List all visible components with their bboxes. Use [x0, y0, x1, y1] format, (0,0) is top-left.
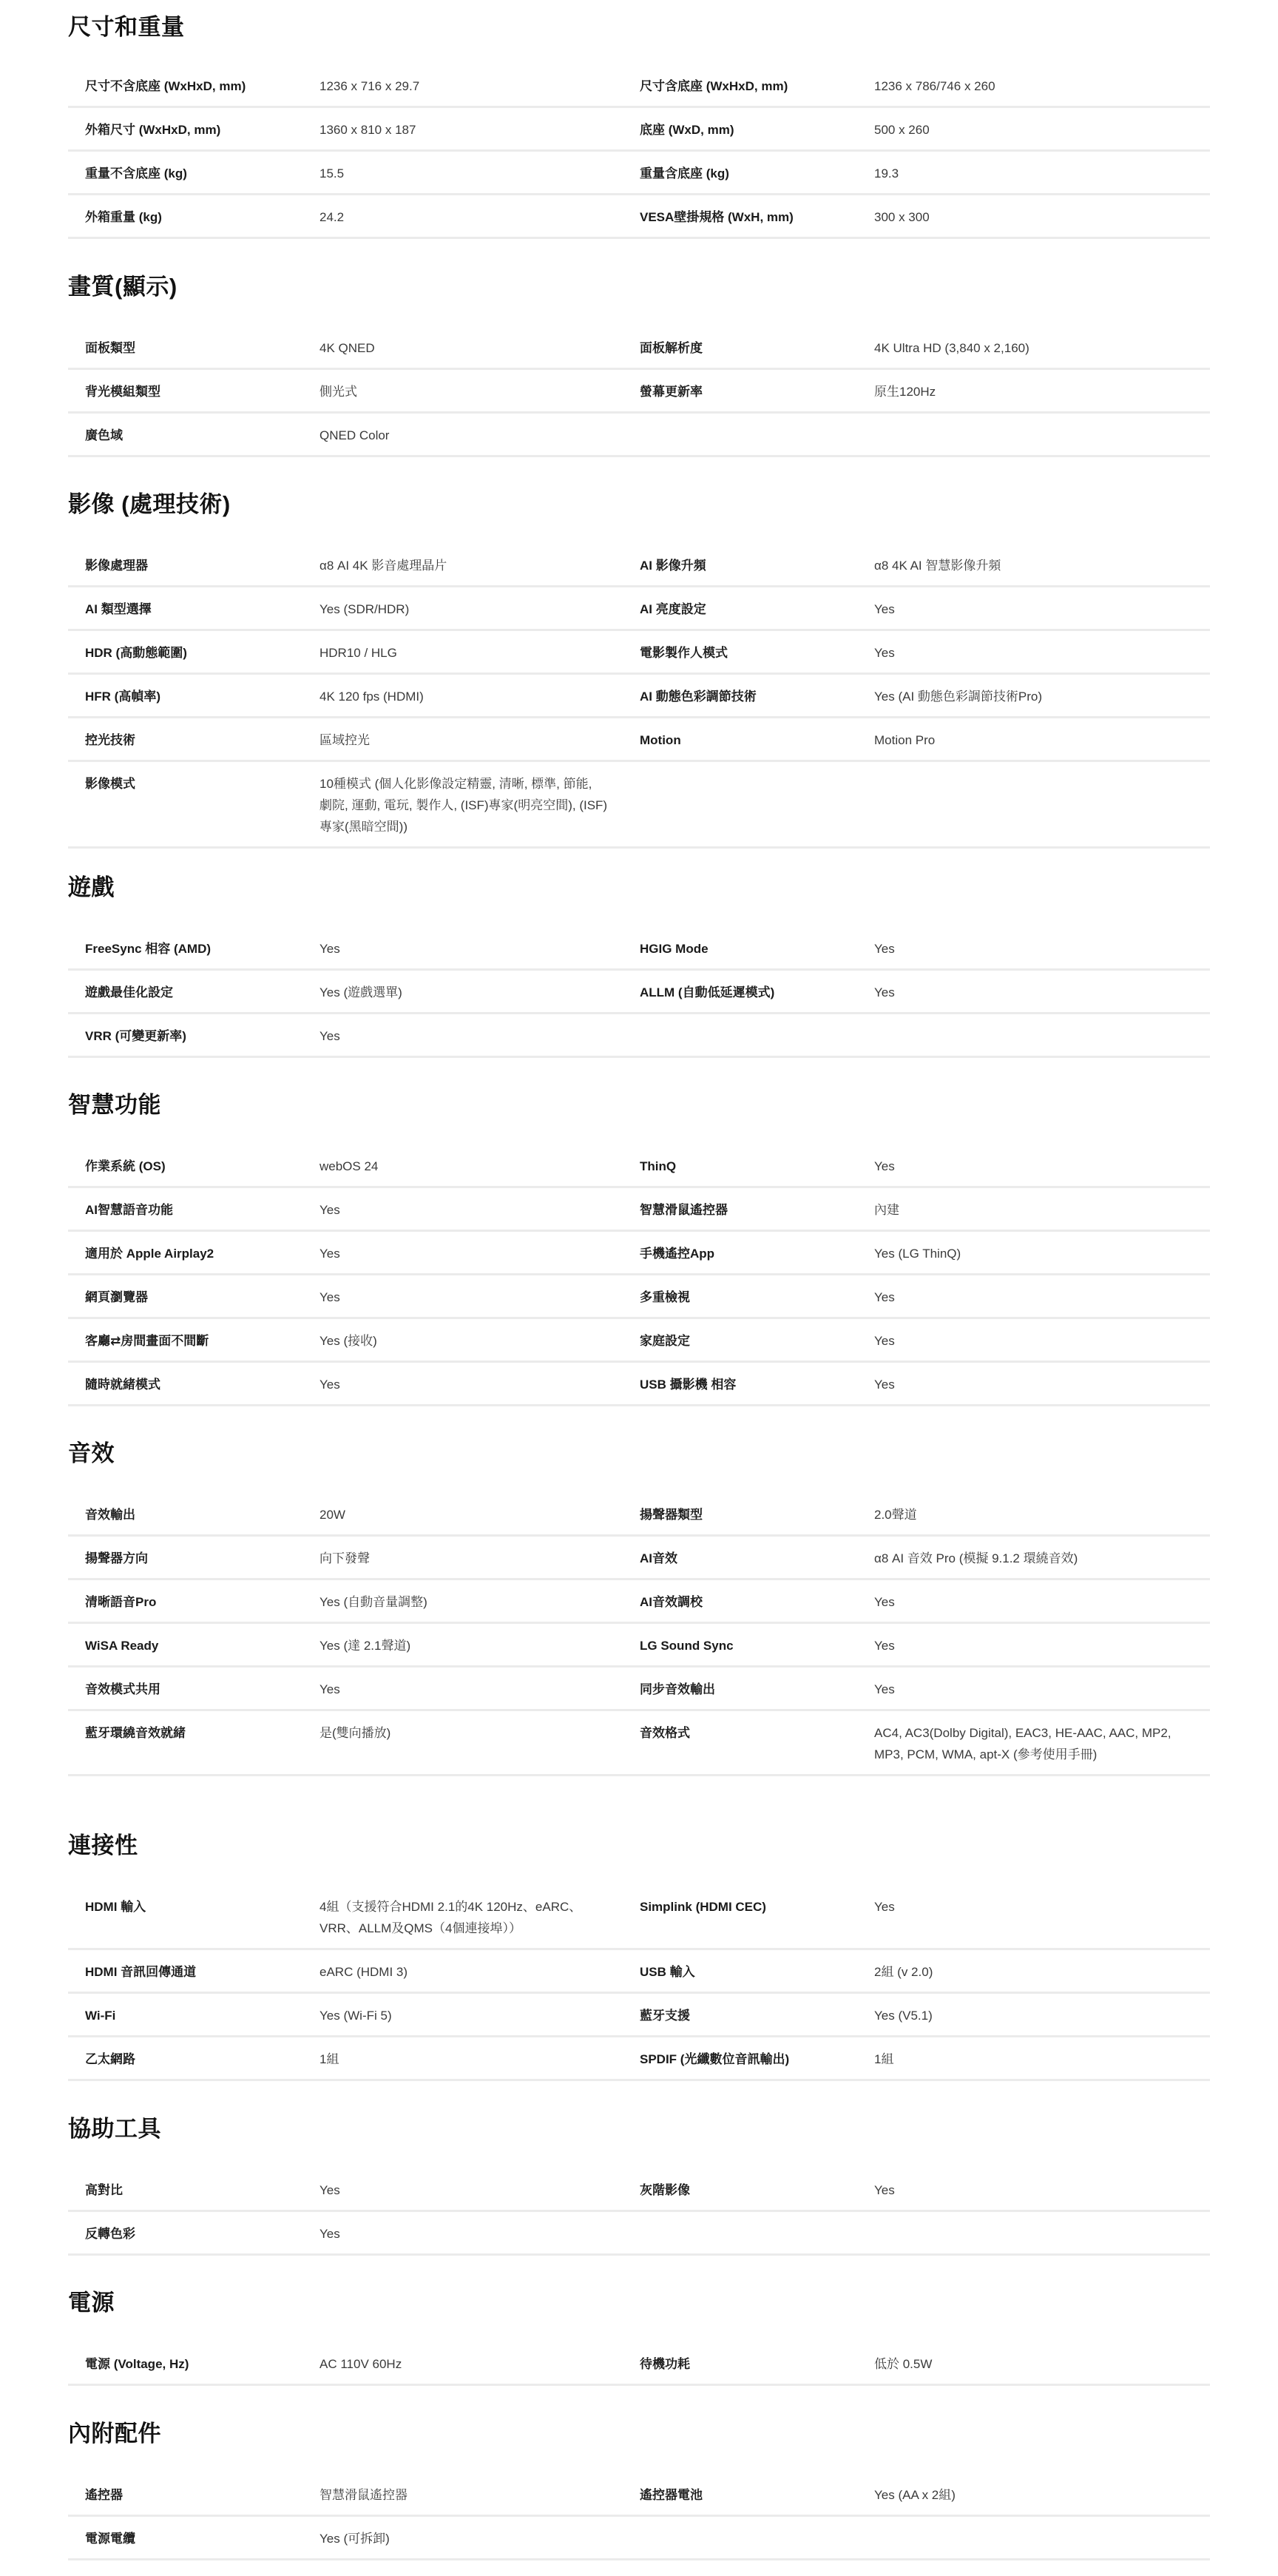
spec-label: [623, 773, 874, 846]
spec-label: HDMI 輸入: [68, 1896, 319, 1948]
section-title: 音效: [68, 1439, 1210, 1469]
spec-label: Wi-Fi: [68, 2005, 319, 2035]
spec-label: HDR (高動態範圍): [68, 642, 319, 672]
spec-row: 背光模組類型 側光式 螢幕更新率 原生120Hz: [68, 370, 1210, 414]
spec-label: AI音效: [623, 1548, 874, 1578]
spec-value: 1236 x 786/746 x 260: [874, 75, 1192, 106]
spec-label: 底座 (WxD, mm): [623, 119, 874, 149]
spec-row: 尺寸不含底座 (WxHxD, mm) 1236 x 716 x 29.7 尺寸含…: [68, 64, 1210, 108]
spec-row: FreeSync 相容 (AMD) Yes HGIG Mode Yes: [68, 927, 1210, 971]
spec-value: Yes: [874, 1679, 1192, 1709]
spec-label: WiSA Ready: [68, 1635, 319, 1665]
spec-value: webOS 24: [319, 1156, 652, 1186]
spec-row: 影像處理器 α8 AI 4K 影音處理晶片 AI 影像升頻 α8 4K AI 智…: [68, 544, 1210, 587]
spec-value: Yes (SDR/HDR): [319, 599, 652, 629]
spec-row: 客廳⇄房間畫面不間斷 Yes (接收) 家庭設定 Yes: [68, 1319, 1210, 1363]
spec-value: 智慧滑鼠遙控器: [319, 2484, 652, 2515]
spec-label: ThinQ: [623, 1156, 874, 1186]
section-title: 內附配件: [68, 2419, 1210, 2449]
spec-label: AI音效調校: [623, 1591, 874, 1622]
spec-row: 電源 (Voltage, Hz) AC 110V 60Hz 待機功耗 低於 0.…: [68, 2342, 1210, 2386]
spec-label: Simplink (HDMI CEC): [623, 1896, 874, 1948]
section-audio: 音效 音效輸出 20W 揚聲器類型 2.0聲道 揚聲器方向 向下發聲 AI音效 …: [68, 1439, 1210, 1776]
spec-label: 面板類型: [68, 337, 319, 368]
spec-value: Yes (達 2.1聲道): [319, 1635, 652, 1665]
spec-row: HDR (高動態範圍) HDR10 / HLG 電影製作人模式 Yes: [68, 631, 1210, 675]
spec-row: 遙控器 智慧滑鼠遙控器 遙控器電池 Yes (AA x 2組): [68, 2473, 1210, 2517]
spec-label: 灰階影像: [623, 2179, 874, 2210]
spec-value: Yes: [319, 1374, 652, 1404]
section-title: 影像 (處理技術): [68, 490, 1210, 519]
spec-value: Yes: [874, 1287, 1192, 1317]
spec-row: 隨時就緒模式 Yes USB 攝影機 相容 Yes: [68, 1363, 1210, 1406]
spec-label: 遙控器電池: [623, 2484, 874, 2515]
spec-label: 音效模式共用: [68, 1679, 319, 1709]
spec-label: 重量不含底座 (kg): [68, 163, 319, 193]
spec-label: AI 類型選擇: [68, 599, 319, 629]
spec-value: Yes: [874, 938, 1192, 968]
spec-label: 作業系統 (OS): [68, 1156, 319, 1186]
spec-value: 區域控光: [319, 729, 652, 760]
spec-label: [623, 425, 874, 455]
spec-value: Yes: [874, 2179, 1192, 2210]
spec-label: 揚聲器類型: [623, 1504, 874, 1534]
section-dimensions-weight: 尺寸和重量 尺寸不含底座 (WxHxD, mm) 1236 x 716 x 29…: [68, 13, 1210, 239]
spec-value: 300 x 300: [874, 206, 1192, 237]
spec-value: [874, 2223, 1192, 2253]
spec-label: AI智慧語音功能: [68, 1199, 319, 1230]
spec-label: 控光技術: [68, 729, 319, 760]
spec-value: Yes (接收): [319, 1330, 652, 1361]
spec-row: 電源電纜 Yes (可拆卸): [68, 2517, 1210, 2560]
spec-row: 音效輸出 20W 揚聲器類型 2.0聲道: [68, 1493, 1210, 1537]
spec-label: 手機遙控App: [623, 1243, 874, 1273]
spec-value: Yes: [874, 1156, 1192, 1186]
section-title: 連接性: [68, 1831, 1210, 1861]
spec-row: Wi-Fi Yes (Wi-Fi 5) 藍牙支援 Yes (V5.1): [68, 1994, 1210, 2037]
spec-row: 廣色域 QNED Color: [68, 414, 1210, 457]
spec-label: 清晰語音Pro: [68, 1591, 319, 1622]
spec-label: 藍牙環繞音效就緒: [68, 1722, 319, 1774]
spec-row: 反轉色彩 Yes: [68, 2212, 1210, 2256]
spec-row: 藍牙環繞音效就緒 是(雙向播放) 音效格式 AC4, AC3(Dolby Dig…: [68, 1711, 1210, 1776]
spec-label: 高對比: [68, 2179, 319, 2210]
spec-label: VRR (可變更新率): [68, 1025, 319, 1056]
spec-label: 電源 (Voltage, Hz): [68, 2353, 319, 2384]
spec-value: α8 AI 音效 Pro (模擬 9.1.2 環繞音效): [874, 1548, 1192, 1578]
spec-value: 向下發聲: [319, 1548, 652, 1578]
spec-value: Yes (Wi-Fi 5): [319, 2005, 652, 2035]
spec-label: 廣色域: [68, 425, 319, 455]
spec-label: AI 動態色彩調節技術: [623, 686, 874, 716]
section-picture-display: 畫質(顯示) 面板類型 4K QNED 面板解析度 4K Ultra HD (3…: [68, 272, 1210, 457]
section-power: 電源 電源 (Voltage, Hz) AC 110V 60Hz 待機功耗 低於…: [68, 2288, 1210, 2386]
spec-value: [874, 425, 1192, 455]
spec-label: 電源電纜: [68, 2528, 319, 2558]
spec-label: 外箱尺寸 (WxHxD, mm): [68, 119, 319, 149]
spec-label: 遙控器: [68, 2484, 319, 2515]
spec-label: ALLM (自動低延遲模式): [623, 982, 874, 1012]
spec-value: Motion Pro: [874, 729, 1192, 760]
spec-row: 音效模式共用 Yes 同步音效輸出 Yes: [68, 1668, 1210, 1711]
spec-value: 19.3: [874, 163, 1192, 193]
spec-label: 電影製作人模式: [623, 642, 874, 672]
spec-value: Yes: [874, 1635, 1192, 1665]
spec-label: 揚聲器方向: [68, 1548, 319, 1578]
spec-value: 2.0聲道: [874, 1504, 1192, 1534]
spec-row: 作業系統 (OS) webOS 24 ThinQ Yes: [68, 1144, 1210, 1188]
spec-row: 控光技術 區域控光 Motion Motion Pro: [68, 718, 1210, 762]
spec-row: 揚聲器方向 向下發聲 AI音效 α8 AI 音效 Pro (模擬 9.1.2 環…: [68, 1537, 1210, 1580]
spec-row: VRR (可變更新率) Yes: [68, 1014, 1210, 1058]
section-accessibility: 協助工具 高對比 Yes 灰階影像 Yes 反轉色彩 Yes: [68, 2114, 1210, 2256]
spec-label: 尺寸不含底座 (WxHxD, mm): [68, 75, 319, 106]
spec-label: 乙太網路: [68, 2049, 319, 2079]
spec-row: 重量不含底座 (kg) 15.5 重量含底座 (kg) 19.3: [68, 152, 1210, 195]
spec-value: Yes: [319, 1243, 652, 1273]
spec-label: [623, 2223, 874, 2253]
spec-label: AI 影像升頻: [623, 555, 874, 585]
spec-row: 影像模式 10種模式 (個人化影像設定精靈, 清晰, 標準, 節能, 劇院, 運…: [68, 762, 1210, 849]
spec-label: AI 亮度設定: [623, 599, 874, 629]
spec-value: AC 110V 60Hz: [319, 2353, 652, 2384]
spec-label: 影像處理器: [68, 555, 319, 585]
spec-value: eARC (HDMI 3): [319, 1961, 652, 1992]
spec-label: LG Sound Sync: [623, 1635, 874, 1665]
spec-value: Yes: [319, 2223, 652, 2253]
spec-label: HGIG Mode: [623, 938, 874, 968]
spec-value: Yes: [874, 1896, 1192, 1948]
spec-label: [623, 2528, 874, 2558]
section-title: 智慧功能: [68, 1090, 1210, 1120]
spec-label: VESA壁掛規格 (WxH, mm): [623, 206, 874, 237]
spec-label: 同步音效輸出: [623, 1679, 874, 1709]
spec-row: 面板類型 4K QNED 面板解析度 4K Ultra HD (3,840 x …: [68, 326, 1210, 370]
spec-value: AC4, AC3(Dolby Digital), EAC3, HE-AAC, A…: [874, 1722, 1192, 1774]
spec-label: 網頁瀏覽器: [68, 1287, 319, 1317]
section-included-accessories: 內附配件 遙控器 智慧滑鼠遙控器 遙控器電池 Yes (AA x 2組) 電源電…: [68, 2419, 1210, 2560]
spec-label: 待機功耗: [623, 2353, 874, 2384]
spec-row: 乙太網路 1組 SPDIF (光纖數位音訊輸出) 1組: [68, 2037, 1210, 2081]
section-title: 尺寸和重量: [68, 13, 1210, 42]
section-title: 遊戲: [68, 873, 1210, 903]
spec-value: Yes (遊戲選單): [319, 982, 652, 1012]
spec-value: Yes (V5.1): [874, 2005, 1192, 2035]
spec-value: Yes: [874, 1591, 1192, 1622]
spec-value: 1組: [874, 2049, 1192, 2079]
spec-value: 1組: [319, 2049, 652, 2079]
spec-value: Yes (AI 動態色彩調節技術Pro): [874, 686, 1192, 716]
spec-value: 1236 x 716 x 29.7: [319, 75, 652, 106]
spec-value: 20W: [319, 1504, 652, 1534]
spec-row: HDMI 輸入 4組（支援符合HDMI 2.1的4K 120Hz、eARC、VR…: [68, 1885, 1210, 1950]
spec-value: HDR10 / HLG: [319, 642, 652, 672]
spec-value: 2組 (v 2.0): [874, 1961, 1192, 1992]
spec-label: SPDIF (光纖數位音訊輸出): [623, 2049, 874, 2079]
spec-value: Yes (LG ThinQ): [874, 1243, 1192, 1273]
spec-label: FreeSync 相容 (AMD): [68, 938, 319, 968]
spec-label: USB 輸入: [623, 1961, 874, 1992]
spec-label: 遊戲最佳化設定: [68, 982, 319, 1012]
spec-value: α8 AI 4K 影音處理晶片: [319, 555, 652, 585]
spec-label: 尺寸含底座 (WxHxD, mm): [623, 75, 874, 106]
spec-value: Yes (自動音量調整): [319, 1591, 652, 1622]
spec-value: 500 x 260: [874, 119, 1192, 149]
spec-value: 10種模式 (個人化影像設定精靈, 清晰, 標準, 節能, 劇院, 運動, 電玩…: [319, 773, 652, 846]
spec-row: 適用於 Apple Airplay2 Yes 手機遙控App Yes (LG T…: [68, 1232, 1210, 1275]
spec-value: Yes: [874, 599, 1192, 629]
spec-value: Yes: [874, 1374, 1192, 1404]
spec-value: Yes: [319, 1199, 652, 1230]
spec-row: 外箱尺寸 (WxHxD, mm) 1360 x 810 x 187 底座 (Wx…: [68, 108, 1210, 152]
spec-label: 隨時就緒模式: [68, 1374, 319, 1404]
spec-row: 清晰語音Pro Yes (自動音量調整) AI音效調校 Yes: [68, 1580, 1210, 1624]
spec-label: 背光模組類型: [68, 381, 319, 411]
spec-value: 側光式: [319, 381, 652, 411]
section-title: 電源: [68, 2288, 1210, 2318]
spec-value: Yes (可拆卸): [319, 2528, 652, 2558]
spec-value: α8 4K AI 智慧影像升頻: [874, 555, 1192, 585]
section-title: 協助工具: [68, 2114, 1210, 2144]
spec-label: 家庭設定: [623, 1330, 874, 1361]
spec-label: 影像模式: [68, 773, 319, 846]
spec-label: 螢幕更新率: [623, 381, 874, 411]
spec-value: Yes (AA x 2組): [874, 2484, 1192, 2515]
spec-value: [874, 2528, 1192, 2558]
spec-row: HFR (高幀率) 4K 120 fps (HDMI) AI 動態色彩調節技術 …: [68, 675, 1210, 718]
spec-value: 4K Ultra HD (3,840 x 2,160): [874, 337, 1192, 368]
spec-row: AI 類型選擇 Yes (SDR/HDR) AI 亮度設定 Yes: [68, 587, 1210, 631]
spec-label: 音效格式: [623, 1722, 874, 1774]
spec-label: 客廳⇄房間畫面不間斷: [68, 1330, 319, 1361]
spec-value: 是(雙向播放): [319, 1722, 652, 1774]
spec-value: 內建: [874, 1199, 1192, 1230]
section-image-processing: 影像 (處理技術) 影像處理器 α8 AI 4K 影音處理晶片 AI 影像升頻 …: [68, 490, 1210, 849]
spec-row: 網頁瀏覽器 Yes 多重檢視 Yes: [68, 1275, 1210, 1319]
spec-label: 反轉色彩: [68, 2223, 319, 2253]
spec-value: 1360 x 810 x 187: [319, 119, 652, 149]
spec-value: 4K QNED: [319, 337, 652, 368]
spec-value: Yes: [874, 982, 1192, 1012]
spec-label: 外箱重量 (kg): [68, 206, 319, 237]
spec-value: [874, 1025, 1192, 1056]
spec-value: Yes: [874, 1330, 1192, 1361]
spec-row: 遊戲最佳化設定 Yes (遊戲選單) ALLM (自動低延遲模式) Yes: [68, 971, 1210, 1014]
spec-value: 4組（支援符合HDMI 2.1的4K 120Hz、eARC、VRR、ALLM及Q…: [319, 1896, 652, 1948]
spec-label: Motion: [623, 729, 874, 760]
section-title: 畫質(顯示): [68, 272, 1210, 302]
section-connectivity: 連接性 HDMI 輸入 4組（支援符合HDMI 2.1的4K 120Hz、eAR…: [68, 1831, 1210, 2081]
spec-label: 藍牙支援: [623, 2005, 874, 2035]
spec-label: 音效輸出: [68, 1504, 319, 1534]
spec-value: Yes: [319, 2179, 652, 2210]
spec-label: 適用於 Apple Airplay2: [68, 1243, 319, 1273]
section-smart-features: 智慧功能 作業系統 (OS) webOS 24 ThinQ Yes AI智慧語音…: [68, 1090, 1210, 1406]
spec-label: USB 攝影機 相容: [623, 1374, 874, 1404]
spec-value: 15.5: [319, 163, 652, 193]
spec-value: [874, 773, 1192, 846]
spec-label: HFR (高幀率): [68, 686, 319, 716]
spec-value: Yes: [319, 938, 652, 968]
spec-value: 24.2: [319, 206, 652, 237]
spec-value: Yes: [319, 1025, 652, 1056]
spec-value: Yes: [319, 1679, 652, 1709]
spec-label: 智慧滑鼠遙控器: [623, 1199, 874, 1230]
spec-label: 面板解析度: [623, 337, 874, 368]
spec-row: AI智慧語音功能 Yes 智慧滑鼠遙控器 內建: [68, 1188, 1210, 1232]
spec-label: HDMI 音訊回傳通道: [68, 1961, 319, 1992]
spec-row: WiSA Ready Yes (達 2.1聲道) LG Sound Sync Y…: [68, 1624, 1210, 1668]
spec-value: Yes: [319, 1287, 652, 1317]
spec-label: 多重檢視: [623, 1287, 874, 1317]
spec-value: 原生120Hz: [874, 381, 1192, 411]
spec-value: 4K 120 fps (HDMI): [319, 686, 652, 716]
spec-row: HDMI 音訊回傳通道 eARC (HDMI 3) USB 輸入 2組 (v 2…: [68, 1950, 1210, 1994]
spec-value: 低於 0.5W: [874, 2353, 1192, 2384]
spec-value: QNED Color: [319, 425, 652, 455]
spec-label: 重量含底座 (kg): [623, 163, 874, 193]
spec-label: [623, 1025, 874, 1056]
section-gaming: 遊戲 FreeSync 相容 (AMD) Yes HGIG Mode Yes 遊…: [68, 873, 1210, 1058]
spec-row: 高對比 Yes 灰階影像 Yes: [68, 2168, 1210, 2212]
spec-row: 外箱重量 (kg) 24.2 VESA壁掛規格 (WxH, mm) 300 x …: [68, 195, 1210, 239]
spec-value: Yes: [874, 642, 1192, 672]
